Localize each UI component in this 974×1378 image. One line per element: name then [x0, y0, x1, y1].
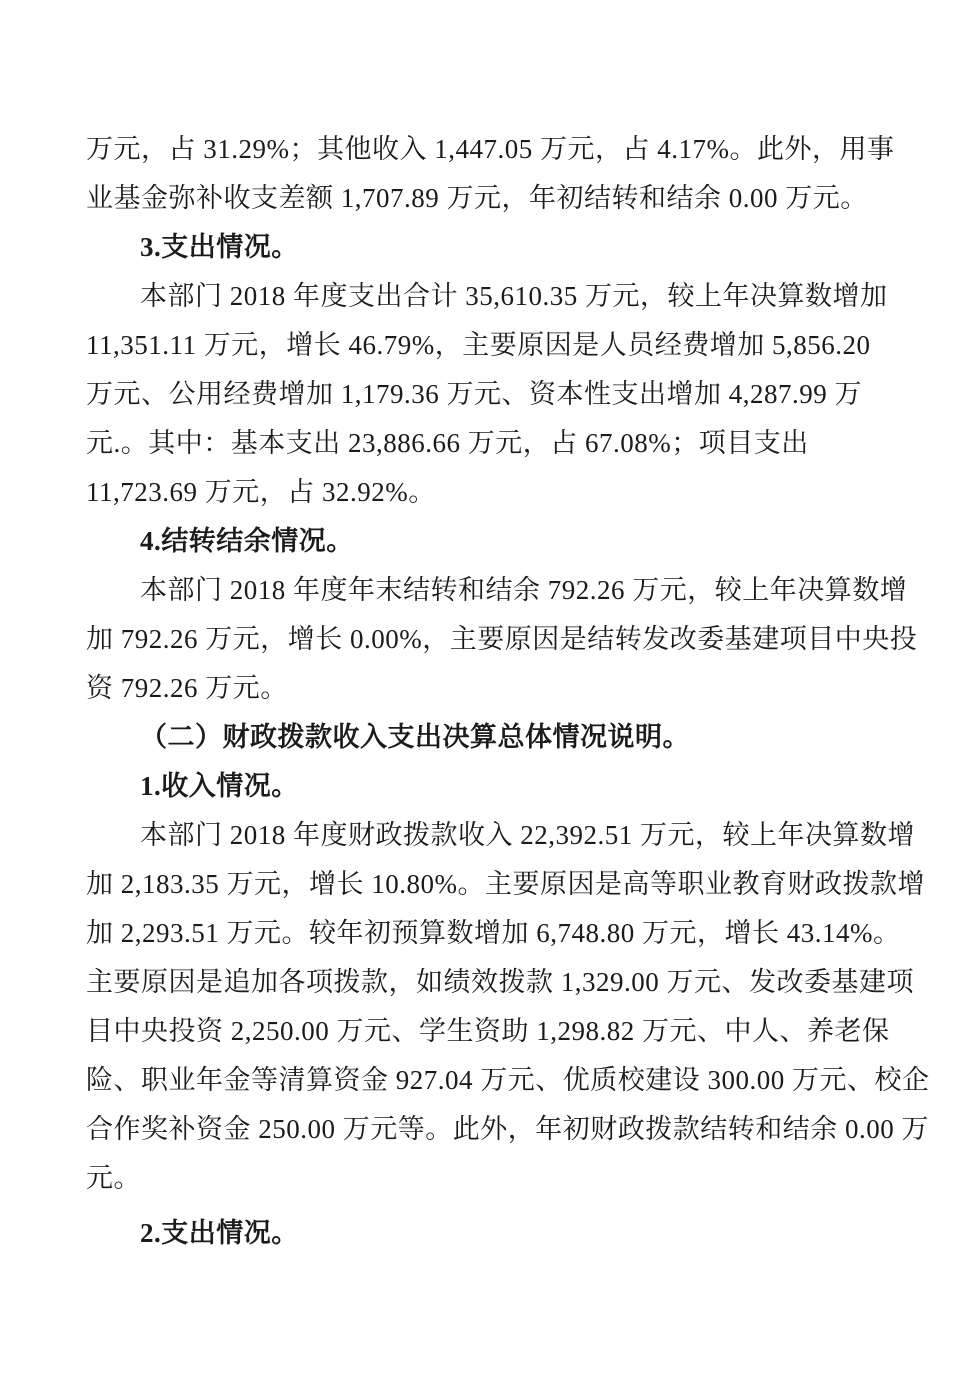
fiscal-income-paragraph-line: 加 2,183.35 万元，增长 10.80%。主要原因是高等职业教育财政拨款增	[86, 860, 890, 909]
document-content: 万元，占 31.29%；其他收入 1,447.05 万元，占 4.17%。此外，…	[0, 0, 974, 1258]
income-continuation-paragraph-line: 万元，占 31.29%；其他收入 1,447.05 万元，占 4.17%。此外，…	[86, 125, 890, 174]
document-page: 万元，占 31.29%；其他收入 1,447.05 万元，占 4.17%。此外，…	[0, 0, 974, 1378]
expenditure-paragraph-line: 11,351.11 万元，增长 46.79%，主要原因是人员经费增加 5,856…	[86, 321, 890, 370]
carryover-paragraph-line: 本部门 2018 年度年末结转和结余 792.26 万元，较上年决算数增	[86, 566, 890, 615]
fiscal-income-paragraph-line: 元。	[86, 1154, 890, 1203]
heading-1-income: 1.收入情况。	[86, 762, 890, 811]
fiscal-income-paragraph-line: 加 2,293.51 万元。较年初预算数增加 6,748.80 万元，增长 43…	[86, 909, 890, 958]
fiscal-income-paragraph-line: 险、职业年金等清算资金 927.04 万元、优质校建设 300.00 万元、校企	[86, 1056, 890, 1105]
carryover-paragraph-line: 资 792.26 万元。	[86, 664, 890, 713]
fiscal-income-paragraph-line: 目中央投资 2,250.00 万元、学生资助 1,298.82 万元、中人、养老…	[86, 1007, 890, 1056]
heading-3-expenditure: 3.支出情况。	[86, 223, 890, 272]
carryover-paragraph-line: 加 792.26 万元，增长 0.00%，主要原因是结转发改委基建项目中央投	[86, 615, 890, 664]
heading-2-expenditure: 2.支出情况。	[86, 1209, 890, 1258]
income-continuation-paragraph-line: 业基金弥补收支差额 1,707.89 万元，年初结转和结余 0.00 万元。	[86, 174, 890, 223]
heading-4-carryover: 4.结转结余情况。	[86, 517, 890, 566]
expenditure-paragraph-line: 元.。其中：基本支出 23,886.66 万元，占 67.08%；项目支出	[86, 419, 890, 468]
expenditure-paragraph-line: 万元、公用经费增加 1,179.36 万元、资本性支出增加 4,287.99 万	[86, 370, 890, 419]
heading-section-two-fiscal-appropriation: （二）财政拨款收入支出决算总体情况说明。	[86, 713, 890, 762]
expenditure-paragraph-line: 11,723.69 万元，占 32.92%。	[86, 468, 890, 517]
expenditure-paragraph-line: 本部门 2018 年度支出合计 35,610.35 万元，较上年决算数增加	[86, 272, 890, 321]
fiscal-income-paragraph-line: 合作奖补资金 250.00 万元等。此外，年初财政拨款结转和结余 0.00 万	[86, 1105, 890, 1154]
fiscal-income-paragraph-line: 主要原因是追加各项拨款，如绩效拨款 1,329.00 万元、发改委基建项	[86, 958, 890, 1007]
fiscal-income-paragraph-line: 本部门 2018 年度财政拨款收入 22,392.51 万元，较上年决算数增	[86, 811, 890, 860]
